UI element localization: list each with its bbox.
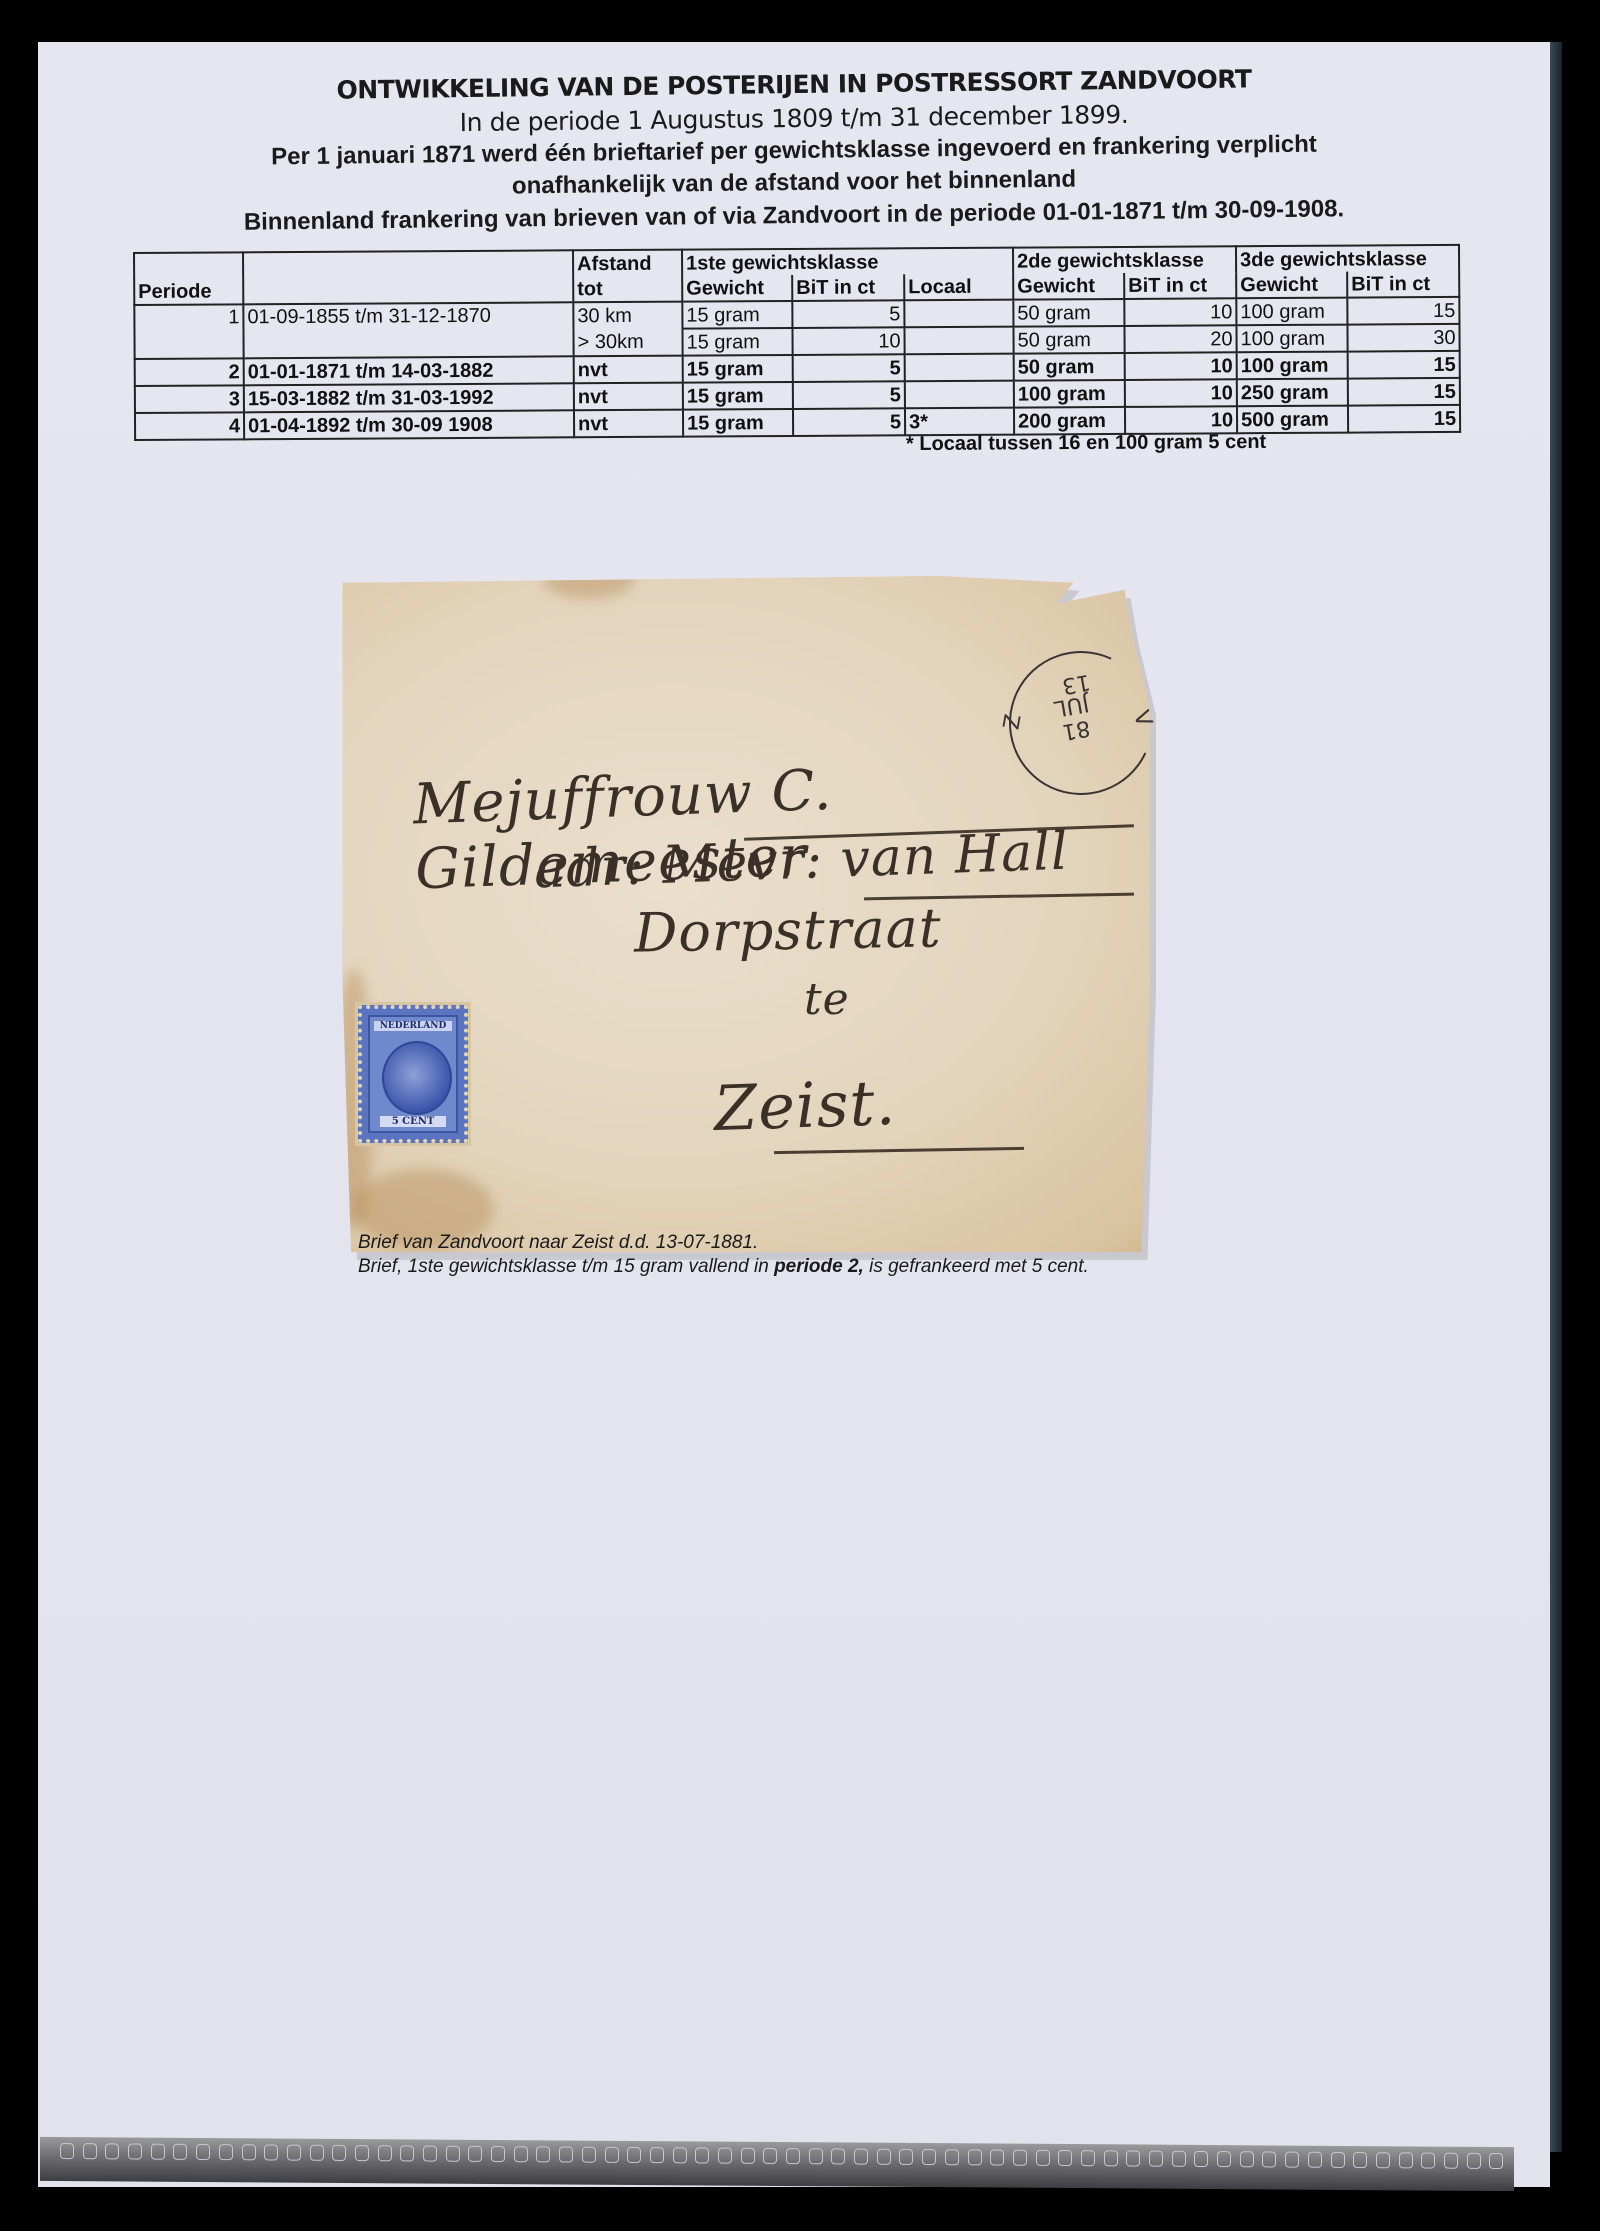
- binding-hole: [1149, 2151, 1163, 2167]
- binding-hole: [242, 2144, 256, 2160]
- binding-hole: [400, 2145, 414, 2161]
- binding-hole: [1217, 2151, 1231, 2167]
- binding-hole: [514, 2146, 528, 2162]
- binding-hole: [1081, 2150, 1095, 2166]
- binding-hole: [1285, 2152, 1299, 2168]
- cell-afstand: > 30km: [573, 329, 682, 357]
- cell-periode: 1: [134, 304, 243, 359]
- binding-hole: [60, 2143, 74, 2159]
- binding-hole: [446, 2146, 460, 2162]
- binding-hole: [968, 2149, 982, 2165]
- header-klasse-3: 3de gewichtsklasse: [1236, 245, 1459, 272]
- album-page: ONTWIKKELING VAN DE POSTERIJEN IN POSTRE…: [38, 42, 1550, 2187]
- stamp-frame: NEDERLAND 5 CENT: [368, 1015, 458, 1133]
- cell-afstand: nvt: [574, 383, 683, 411]
- cell-periode: 4: [135, 412, 244, 440]
- binding-hole: [1194, 2151, 1208, 2167]
- binding-hole: [1104, 2150, 1118, 2166]
- cell-gewicht-1: 15 gram: [683, 409, 793, 437]
- table-footnote: * Locaal tussen 16 en 100 gram 5 cent: [906, 431, 1266, 456]
- cell-periode: 2: [135, 358, 244, 386]
- binding-hole: [1036, 2150, 1050, 2166]
- binding-hole: [1444, 2153, 1458, 2169]
- binding-hole: [695, 2147, 709, 2163]
- cell-bit-3: 30: [1347, 324, 1459, 352]
- cell-bit-1: 10: [792, 327, 904, 355]
- binding-hole: [173, 2144, 187, 2160]
- cell-locaal: [904, 327, 1013, 355]
- cell-afstand: nvt: [574, 410, 683, 438]
- binding-hole: [831, 2148, 845, 2164]
- binding-hole: [332, 2145, 346, 2161]
- binding-hole: [423, 2146, 437, 2162]
- binding-hole: [151, 2144, 165, 2160]
- postage-stamp: NEDERLAND 5 CENT: [358, 1005, 468, 1143]
- postmark-month: JUL: [1053, 692, 1091, 718]
- binding-hole: [128, 2143, 142, 2159]
- cell-gewicht-2: 50 gram: [1014, 353, 1125, 381]
- binding-hole: [1467, 2153, 1481, 2169]
- cell-bit-2: 10: [1125, 379, 1237, 407]
- envelope-image: Z 13 JUL 81 V Mejuffrouw C. Gildemeester…: [334, 569, 1184, 1259]
- cell-datum: 01-01-1871 t/m 14-03-1882: [244, 356, 574, 385]
- binding-hole: [310, 2145, 324, 2161]
- binding-hole: [83, 2143, 97, 2159]
- binding-hole: [1399, 2152, 1413, 2168]
- header-bit-3: BiT in ct: [1347, 271, 1459, 298]
- stamp-country: NEDERLAND: [374, 1021, 452, 1031]
- cell-gewicht-3: 250 gram: [1237, 379, 1348, 407]
- binding-hole: [650, 2147, 664, 2163]
- cell-gewicht-1: 15 gram: [683, 355, 793, 383]
- binding-hole: [786, 2148, 800, 2164]
- cell-gewicht-1: 15 gram: [682, 328, 792, 356]
- header-dates: [243, 250, 573, 304]
- binding-hole: [1126, 2150, 1140, 2166]
- binding-hole: [854, 2149, 868, 2165]
- binding-hole: [1353, 2152, 1367, 2168]
- binding-hole: [1240, 2151, 1254, 2167]
- caption-period: periode 2,: [774, 1256, 864, 1277]
- stamp-value: 5 CENT: [380, 1116, 446, 1127]
- cell-bit-3: 15: [1347, 297, 1459, 325]
- binding-hole: [718, 2148, 732, 2164]
- binding-hole: [763, 2148, 777, 2164]
- cell-gewicht-2: 50 gram: [1013, 326, 1124, 354]
- binding-hole: [1262, 2151, 1276, 2167]
- binding-hole: [1172, 2151, 1186, 2167]
- header-gewicht-1: Gewicht: [682, 275, 792, 302]
- caption-line-1: Brief van Zandvoort naar Zeist d.d. 13-0…: [358, 1232, 758, 1254]
- cell-bit-1: 5: [792, 300, 904, 328]
- binding-holes: [60, 2143, 1504, 2173]
- cell-bit-3: 15: [1348, 351, 1460, 379]
- binding-hole: [536, 2146, 550, 2162]
- cell-gewicht-2: 100 gram: [1014, 380, 1125, 408]
- cell-locaal: [905, 354, 1014, 382]
- header-klasse-1: 1ste gewichtsklasse: [682, 248, 1013, 276]
- page-edge: [1550, 42, 1562, 2152]
- binding-hole: [582, 2147, 596, 2163]
- cell-locaal: [905, 381, 1014, 409]
- cell-gewicht-3: 500 gram: [1237, 406, 1348, 434]
- binding-hole: [605, 2147, 619, 2163]
- binding-hole: [287, 2145, 301, 2161]
- address-line-3: Dorpstraat: [633, 896, 942, 964]
- binding-hole: [1308, 2152, 1322, 2168]
- header-bit-1: BiT in ct: [792, 274, 904, 301]
- binding-hole: [378, 2145, 392, 2161]
- tariff-table: Periode Afstand 1ste gewichtsklasse 2de …: [133, 244, 1461, 441]
- header-afstand: Afstand: [573, 250, 682, 277]
- cell-gewicht-1: 15 gram: [683, 382, 793, 410]
- cell-bit-2: 20: [1124, 325, 1236, 353]
- binding-hole: [741, 2148, 755, 2164]
- binding-hole: [1489, 2153, 1503, 2169]
- address-line-5: Zeist.: [713, 1066, 897, 1145]
- binding-hole: [990, 2149, 1004, 2165]
- binding-hole: [1013, 2150, 1027, 2166]
- binding-hole: [1331, 2152, 1345, 2168]
- cell-bit-1: 5: [793, 354, 905, 382]
- header-gewicht-3: Gewicht: [1236, 272, 1347, 299]
- address-line-4: te: [804, 974, 850, 1025]
- cell-periode: 3: [135, 385, 244, 413]
- binding-hole: [945, 2149, 959, 2165]
- caption-text: is gefrankeerd met 5 cent.: [864, 1256, 1089, 1277]
- binding-hole: [491, 2146, 505, 2162]
- binding-hole: [1376, 2152, 1390, 2168]
- binding-hole: [196, 2144, 210, 2160]
- binding-hole: [809, 2148, 823, 2164]
- binding-hole: [1058, 2150, 1072, 2166]
- cell-afstand: nvt: [574, 356, 683, 384]
- header-bit-2: BiT in ct: [1124, 272, 1236, 299]
- cell-gewicht-2: 50 gram: [1013, 299, 1124, 327]
- postmark-left: Z: [1002, 713, 1024, 731]
- cell-bit-2: 10: [1124, 298, 1236, 326]
- binding-hole: [355, 2145, 369, 2161]
- caption-text: Brief, 1ste gewichtsklasse t/m 15 gram v…: [358, 1256, 774, 1277]
- cell-bit-2: 10: [1125, 352, 1237, 380]
- binding-hole: [877, 2149, 891, 2165]
- cell-gewicht-2: 200 gram: [1014, 407, 1125, 435]
- cell-bit-1: 5: [793, 408, 905, 436]
- cell-bit-3: 15: [1348, 405, 1460, 433]
- cell-bit-3: 15: [1348, 378, 1460, 406]
- cell-datum: 01-04-1892 t/m 30-09 1908: [244, 410, 574, 439]
- cell-locaal: 3*: [905, 408, 1014, 436]
- header-locaal: Locaal: [904, 274, 1013, 301]
- binding-hole: [1421, 2152, 1435, 2168]
- binding-hole: [899, 2149, 913, 2165]
- binding-hole: [673, 2147, 687, 2163]
- header-klasse-2: 2de gewichtsklasse: [1013, 246, 1236, 273]
- header-afstand-tot: tot: [573, 276, 682, 303]
- cell-gewicht-1: 15 gram: [682, 301, 792, 329]
- binding-hole: [105, 2143, 119, 2159]
- binding-hole: [627, 2147, 641, 2163]
- stain: [544, 559, 634, 599]
- binding-hole: [468, 2146, 482, 2162]
- header-gewicht-2: Gewicht: [1013, 273, 1124, 300]
- postmark-year: 81: [1060, 717, 1091, 742]
- cell-gewicht-3: 100 gram: [1236, 298, 1347, 326]
- cell-afstand: 30 km: [573, 302, 682, 330]
- caption-line-2: Brief, 1ste gewichtsklasse t/m 15 gram v…: [358, 1256, 1089, 1278]
- header-periode: Periode: [134, 252, 243, 305]
- binding-hole: [264, 2144, 278, 2160]
- binding-hole: [922, 2149, 936, 2165]
- cell-gewicht-3: 100 gram: [1236, 325, 1347, 353]
- cell-datum: 15-03-1882 t/m 31-03-1992: [244, 383, 574, 412]
- cell-bit-1: 5: [793, 381, 905, 409]
- cell-gewicht-3: 100 gram: [1237, 352, 1348, 380]
- cell-locaal: [904, 300, 1013, 328]
- cell-datum: 01-09-1855 t/m 31-12-1870: [243, 302, 573, 358]
- cell-bit-2: 10: [1125, 406, 1237, 434]
- king-portrait-icon: [382, 1041, 452, 1115]
- binding-hole: [219, 2144, 233, 2160]
- binding-hole: [559, 2146, 573, 2162]
